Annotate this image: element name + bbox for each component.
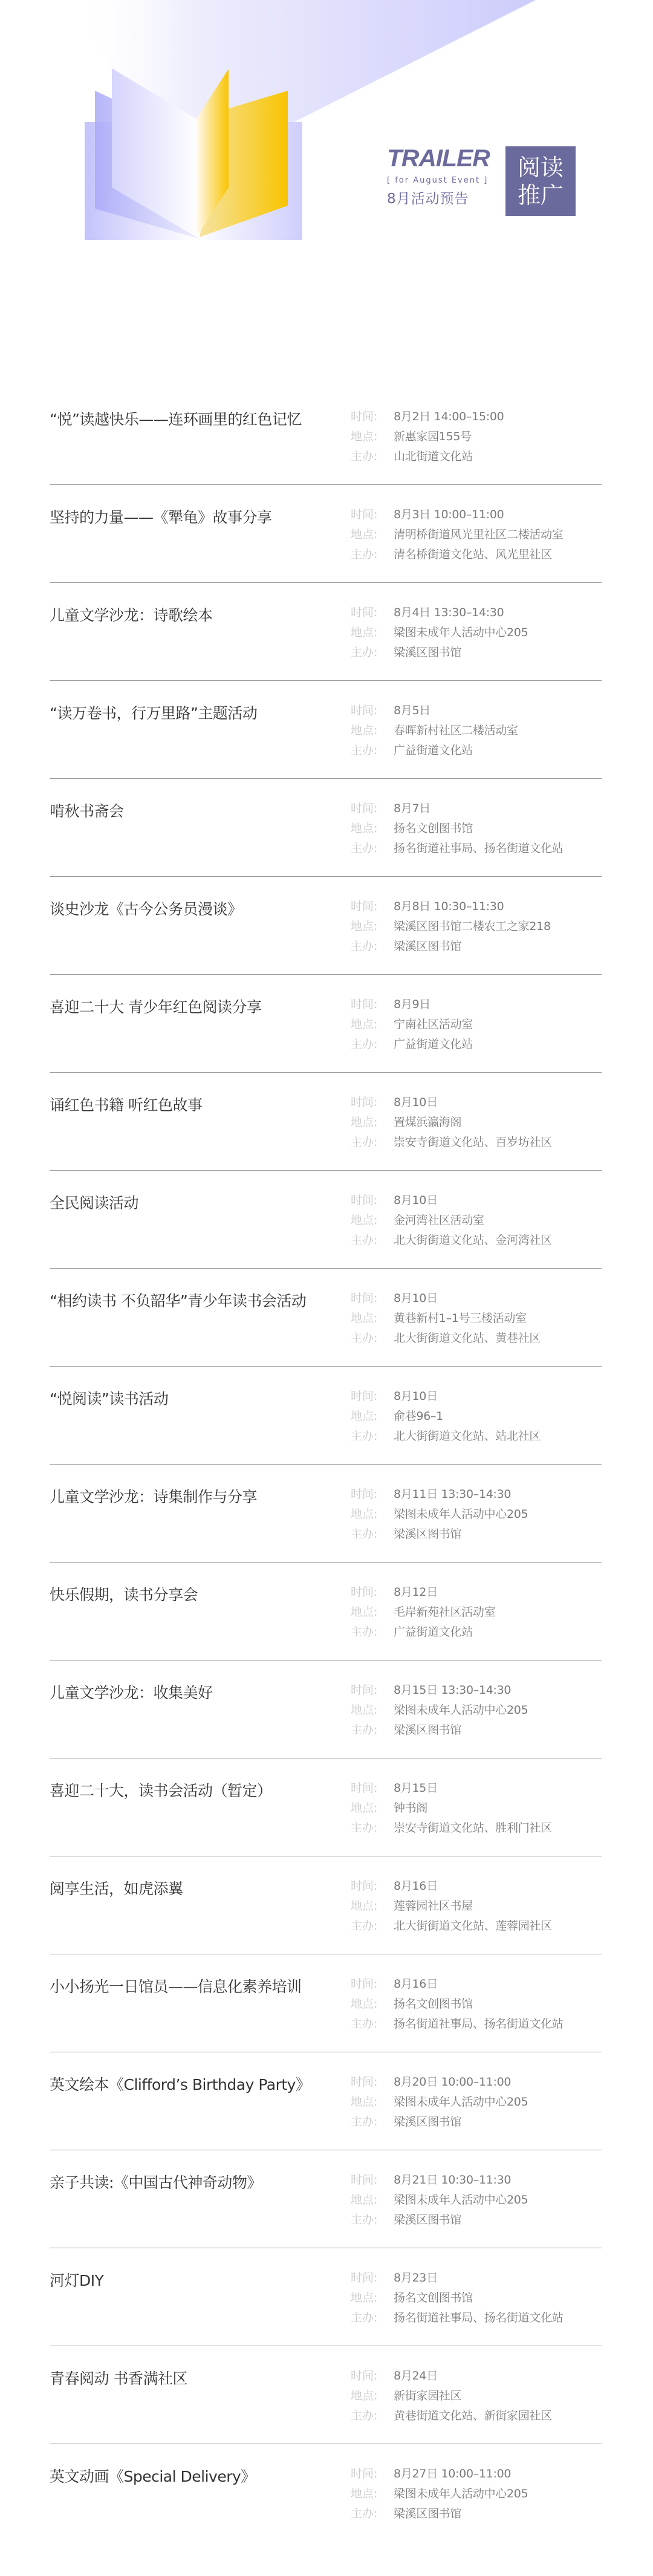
event-title: 诵红色书籍 听红色故事 bbox=[50, 1093, 202, 1115]
event-time: 8月10日 bbox=[394, 1292, 438, 1305]
host-label: 主办: bbox=[351, 1527, 394, 1541]
event-time: 8月2日 14:00–15:00 bbox=[394, 410, 504, 423]
event-time: 8月12日 bbox=[394, 1586, 438, 1599]
event-title: 啃秋书斋会 bbox=[50, 799, 124, 821]
event-item: 喜迎二十大 青少年红色阅读分享 时间:8月9日 地点:宁南社区活动室 主办:广益… bbox=[50, 975, 602, 1073]
place-label: 地点: bbox=[351, 821, 394, 836]
event-place-row: 地点:莲蓉园社区书屋 bbox=[351, 1899, 552, 1919]
event-item: 儿童文学沙龙：收集美好 时间:8月15日 13:30–14:30 地点:梁图未成… bbox=[50, 1660, 602, 1758]
time-label: 时间: bbox=[351, 2369, 394, 2383]
event-item: 谈史沙龙《古今公务员漫谈》 时间:8月8日 10:30–11:30 地点:梁溪区… bbox=[50, 877, 602, 975]
event-title: “相约读书 不负韶华”青少年读书会活动 bbox=[50, 1289, 306, 1311]
event-place-row: 地点:梁图未成年人活动中心205 bbox=[351, 1703, 528, 1723]
event-time-row: 时间:8月10日 bbox=[351, 1095, 552, 1115]
event-place: 春晖新村社区二楼活动室 bbox=[394, 724, 518, 737]
event-info: 时间:8月15日 地点:钟书阁 主办:崇安寺街道文化站、胜利门社区 bbox=[351, 1781, 552, 1841]
event-title: 河灯DIY bbox=[50, 2269, 103, 2291]
event-time-row: 时间:8月9日 bbox=[351, 997, 473, 1017]
event-place-row: 地点:梁图未成年人活动中心205 bbox=[351, 1507, 528, 1527]
event-item: 青春阅动 书香满社区 时间:8月24日 地点:新街家园社区 主办:黄巷街道文化站… bbox=[50, 2346, 602, 2444]
place-label: 地点: bbox=[351, 2193, 394, 2207]
event-time: 8月20日 10:00–11:00 bbox=[394, 2075, 511, 2089]
event-place-row: 地点:春晖新村社区二楼活动室 bbox=[351, 723, 518, 743]
event-host-row: 主办:北大街街道文化站、黄巷社区 bbox=[351, 1331, 541, 1351]
host-label: 主办: bbox=[351, 2311, 394, 2325]
event-title: 全民阅读活动 bbox=[50, 1191, 138, 1213]
time-label: 时间: bbox=[351, 2075, 394, 2089]
event-host-row: 主办:北大街街道文化站、站北社区 bbox=[351, 1429, 541, 1449]
event-place: 梁图未成年人活动中心205 bbox=[394, 2095, 528, 2109]
time-label: 时间: bbox=[351, 1291, 394, 1306]
event-item: 河灯DIY 时间:8月23日 地点:扬名文创图书馆 主办:扬名街道社事局、扬名街… bbox=[50, 2248, 602, 2346]
event-time: 8月8日 10:30–11:30 bbox=[394, 900, 504, 913]
event-info: 时间:8月7日 地点:扬名文创图书馆 主办:扬名街道社事局、扬名街道文化站 bbox=[351, 801, 564, 861]
place-label: 地点: bbox=[351, 1311, 394, 1325]
host-label: 主办: bbox=[351, 1919, 394, 1933]
event-time: 8月11日 13:30–14:30 bbox=[394, 1488, 511, 1501]
event-time: 8月16日 bbox=[394, 1879, 438, 1893]
event-time: 8月24日 bbox=[394, 2369, 438, 2382]
event-host: 崇安寺街道文化站、百岁坊社区 bbox=[394, 1136, 552, 1149]
event-time: 8月21日 10:30–11:30 bbox=[394, 2173, 511, 2187]
event-host: 黄巷街道文化站、新街家园社区 bbox=[394, 2409, 552, 2422]
time-label: 时间: bbox=[351, 1389, 394, 1403]
time-label: 时间: bbox=[351, 409, 394, 424]
event-list: “悦”读越快乐——连环画里的红色记忆 时间:8月2日 14:00–15:00 地… bbox=[50, 387, 602, 2542]
event-place-row: 地点:梁图未成年人活动中心205 bbox=[351, 2193, 528, 2213]
event-host-row: 主办:梁溪区图书馆 bbox=[351, 1723, 528, 1743]
event-info: 时间:8月27日 10:00–11:00 地点:梁图未成年人活动中心205 主办… bbox=[351, 2467, 528, 2526]
event-time-row: 时间:8月3日 10:00–11:00 bbox=[351, 507, 564, 527]
event-place: 清明桥街道风光里社区二楼活动室 bbox=[394, 528, 564, 541]
time-label: 时间: bbox=[351, 1879, 394, 1893]
host-label: 主办: bbox=[351, 1723, 394, 1737]
host-label: 主办: bbox=[351, 1233, 394, 1247]
event-time: 8月16日 bbox=[394, 1977, 438, 1991]
event-time: 8月15日 bbox=[394, 1781, 438, 1795]
host-label: 主办: bbox=[351, 2213, 394, 2227]
event-time-row: 时间:8月10日 bbox=[351, 1291, 541, 1311]
event-host: 北大街街道文化站、站北社区 bbox=[394, 1429, 541, 1443]
event-time-row: 时间:8月27日 10:00–11:00 bbox=[351, 2467, 528, 2487]
host-label: 主办: bbox=[351, 841, 394, 856]
event-info: 时间:8月24日 地点:新街家园社区 主办:黄巷街道文化站、新街家园社区 bbox=[351, 2369, 552, 2428]
host-label: 主办: bbox=[351, 1625, 394, 1639]
event-place: 梁图未成年人活动中心205 bbox=[394, 2487, 528, 2500]
event-info: 时间:8月9日 地点:宁南社区活动室 主办:广益街道文化站 bbox=[351, 997, 473, 1057]
event-info: 时间:8月12日 地点:毛岸新苑社区活动室 主办:广益街道文化站 bbox=[351, 1585, 495, 1645]
event-item: 英文绘本《Clifford’s Birthday Party》 时间:8月20日… bbox=[50, 2052, 602, 2150]
place-label: 地点: bbox=[351, 625, 394, 640]
event-host-row: 主办:北大街街道文化站、金河湾社区 bbox=[351, 1233, 552, 1253]
host-label: 主办: bbox=[351, 449, 394, 464]
event-host: 北大街街道文化站、莲蓉园社区 bbox=[394, 1919, 552, 1933]
event-host-row: 主办:梁溪区图书馆 bbox=[351, 2213, 528, 2233]
event-host: 清名桥街道文化站、风光里社区 bbox=[394, 548, 552, 561]
event-host: 扬名街道社事局、扬名街道文化站 bbox=[394, 842, 564, 855]
place-label: 地点: bbox=[351, 2095, 394, 2109]
event-place-row: 地点:梁图未成年人活动中心205 bbox=[351, 2487, 528, 2506]
trailer-heading: TRAILER bbox=[387, 148, 492, 169]
event-title: 坚持的力量——《犟龟》故事分享 bbox=[50, 506, 272, 527]
event-info: 时间:8月3日 10:00–11:00 地点:清明桥街道风光里社区二楼活动室 主… bbox=[351, 507, 564, 567]
event-time-row: 时间:8月7日 bbox=[351, 801, 564, 821]
event-item: 快乐假期，读书分享会 时间:8月12日 地点:毛岸新苑社区活动室 主办:广益街道… bbox=[50, 1563, 602, 1660]
event-place: 黄巷新村1–1号三楼活动室 bbox=[394, 1312, 527, 1325]
time-label: 时间: bbox=[351, 507, 394, 522]
event-place-row: 地点:新街家园社区 bbox=[351, 2389, 552, 2408]
time-label: 时间: bbox=[351, 703, 394, 718]
event-place-row: 地点:扬名文创图书馆 bbox=[351, 821, 564, 841]
host-label: 主办: bbox=[351, 1429, 394, 1443]
place-label: 地点: bbox=[351, 527, 394, 542]
event-place: 梁图未成年人活动中心205 bbox=[394, 2193, 528, 2207]
event-place: 金河湾社区活动室 bbox=[394, 1214, 484, 1227]
time-label: 时间: bbox=[351, 997, 394, 1012]
event-title: “悦阅读”读书活动 bbox=[50, 1387, 168, 1409]
place-label: 地点: bbox=[351, 919, 394, 934]
event-title: 儿童文学沙龙：诗集制作与分享 bbox=[50, 1485, 257, 1507]
event-place-row: 地点:梁图未成年人活动中心205 bbox=[351, 2095, 528, 2115]
place-label: 地点: bbox=[351, 1017, 394, 1032]
event-title: 儿童文学沙龙：诗歌绘本 bbox=[50, 603, 213, 625]
event-item: 儿童文学沙龙：诗集制作与分享 时间:8月11日 13:30–14:30 地点:梁… bbox=[50, 1465, 602, 1563]
event-place: 宁南社区活动室 bbox=[394, 1018, 473, 1031]
place-label: 地点: bbox=[351, 1801, 394, 1815]
event-item: “相约读书 不负韶华”青少年读书会活动 时间:8月10日 地点:黄巷新村1–1号… bbox=[50, 1269, 602, 1367]
event-place-row: 地点:梁图未成年人活动中心205 bbox=[351, 625, 528, 645]
event-host-row: 主办:扬名街道社事局、扬名街道文化站 bbox=[351, 2311, 564, 2330]
event-place-row: 地点:清明桥街道风光里社区二楼活动室 bbox=[351, 527, 564, 547]
event-place: 毛岸新苑社区活动室 bbox=[394, 1605, 495, 1619]
event-host: 扬名街道社事局、扬名街道文化站 bbox=[394, 2311, 564, 2324]
event-place: 俞巷96–1 bbox=[394, 1410, 443, 1423]
event-host-row: 主办:扬名街道社事局、扬名街道文化站 bbox=[351, 841, 564, 861]
event-host: 梁溪区图书馆 bbox=[394, 2507, 461, 2520]
event-host-row: 主办:广益街道文化站 bbox=[351, 743, 518, 763]
event-time-row: 时间:8月21日 10:30–11:30 bbox=[351, 2173, 528, 2193]
time-label: 时间: bbox=[351, 1683, 394, 1697]
event-host-row: 主办:广益街道文化站 bbox=[351, 1625, 495, 1645]
host-label: 主办: bbox=[351, 2017, 394, 2031]
event-title: 快乐假期，读书分享会 bbox=[50, 1583, 198, 1605]
event-place-row: 地点:钟书阁 bbox=[351, 1801, 552, 1821]
event-place: 钟书阁 bbox=[394, 1801, 427, 1815]
event-item: 坚持的力量——《犟龟》故事分享 时间:8月3日 10:00–11:00 地点:清… bbox=[50, 485, 602, 583]
event-time-row: 时间:8月10日 bbox=[351, 1389, 541, 1409]
place-label: 地点: bbox=[351, 1605, 394, 1619]
hero-banner: TRAILER [ for August Event ] 8月活动预告 阅读 推… bbox=[0, 0, 653, 254]
event-item: 小小扬光一日馆员——信息化素养培训 时间:8月16日 地点:扬名文创图书馆 主办… bbox=[50, 1954, 602, 2052]
event-title: “读万卷书，行万里路”主题活动 bbox=[50, 701, 257, 723]
time-label: 时间: bbox=[351, 1193, 394, 1208]
event-time: 8月10日 bbox=[394, 1194, 438, 1207]
event-place-row: 地点:扬名文创图书馆 bbox=[351, 1997, 564, 2017]
event-place: 梁溪区图书馆二楼农工之家218 bbox=[394, 920, 551, 933]
event-place-row: 地点:置煤浜瀛海阁 bbox=[351, 1115, 552, 1135]
event-info: 时间:8月11日 13:30–14:30 地点:梁图未成年人活动中心205 主办… bbox=[351, 1487, 528, 1547]
event-time-row: 时间:8月23日 bbox=[351, 2271, 564, 2291]
event-place: 梁图未成年人活动中心205 bbox=[394, 1508, 528, 1521]
event-item: 全民阅读活动 时间:8月10日 地点:金河湾社区活动室 主办:北大街街道文化站、… bbox=[50, 1171, 602, 1269]
event-info: 时间:8月10日 地点:黄巷新村1–1号三楼活动室 主办:北大街街道文化站、黄巷… bbox=[351, 1291, 541, 1351]
host-label: 主办: bbox=[351, 1821, 394, 1835]
event-time: 8月23日 bbox=[394, 2271, 438, 2285]
time-label: 时间: bbox=[351, 1781, 394, 1795]
event-host: 梁溪区图书馆 bbox=[394, 1527, 461, 1541]
open-book-illustration-icon bbox=[0, 0, 653, 254]
event-host-row: 主办:梁溪区图书馆 bbox=[351, 2506, 528, 2526]
event-host-row: 主办:扬名街道社事局、扬名街道文化站 bbox=[351, 2017, 564, 2037]
event-title: 英文动画《Special Delivery》 bbox=[50, 2465, 256, 2487]
host-label: 主办: bbox=[351, 2115, 394, 2129]
event-title: 喜迎二十大，读书会活动（暂定） bbox=[50, 1779, 272, 1801]
event-place-row: 地点:梁溪区图书馆二楼农工之家218 bbox=[351, 919, 551, 939]
event-host: 梁溪区图书馆 bbox=[394, 646, 461, 659]
place-label: 地点: bbox=[351, 2291, 394, 2305]
time-label: 时间: bbox=[351, 1095, 394, 1110]
place-label: 地点: bbox=[351, 723, 394, 738]
event-item: 啃秋书斋会 时间:8月7日 地点:扬名文创图书馆 主办:扬名街道社事局、扬名街道… bbox=[50, 779, 602, 877]
time-label: 时间: bbox=[351, 899, 394, 914]
event-place: 新街家园社区 bbox=[394, 2389, 461, 2402]
event-time: 8月15日 13:30–14:30 bbox=[394, 1683, 511, 1697]
event-info: 时间:8月10日 地点:金河湾社区活动室 主办:北大街街道文化站、金河湾社区 bbox=[351, 1193, 552, 1253]
event-title: 儿童文学沙龙：收集美好 bbox=[50, 1681, 213, 1703]
event-time: 8月10日 bbox=[394, 1390, 438, 1403]
chinese-subtitle: 8月活动预告 bbox=[387, 187, 490, 207]
event-info: 时间:8月23日 地点:扬名文创图书馆 主办:扬名街道社事局、扬名街道文化站 bbox=[351, 2271, 564, 2330]
event-place: 莲蓉园社区书屋 bbox=[394, 1899, 473, 1913]
event-host: 崇安寺街道文化站、胜利门社区 bbox=[394, 1821, 552, 1835]
event-title: 小小扬光一日馆员——信息化素养培训 bbox=[50, 1975, 302, 1997]
event-time: 8月3日 10:00–11:00 bbox=[394, 508, 504, 521]
event-item: 儿童文学沙龙：诗歌绘本 时间:8月4日 13:30–14:30 地点:梁图未成年… bbox=[50, 583, 602, 681]
event-host-row: 主办:崇安寺街道文化站、胜利门社区 bbox=[351, 1821, 552, 1841]
event-item: 阅享生活，如虎添翼 时间:8月16日 地点:莲蓉园社区书屋 主办:北大街街道文化… bbox=[50, 1856, 602, 1954]
event-place-row: 地点:黄巷新村1–1号三楼活动室 bbox=[351, 1311, 541, 1331]
event-host-row: 主办:梁溪区图书馆 bbox=[351, 1527, 528, 1547]
event-host: 梁溪区图书馆 bbox=[394, 1723, 461, 1737]
event-host-row: 主办:梁溪区图书馆 bbox=[351, 939, 551, 959]
event-host: 山北街道文化站 bbox=[394, 450, 473, 463]
event-info: 时间:8月10日 地点:置煤浜瀛海阁 主办:崇安寺街道文化站、百岁坊社区 bbox=[351, 1095, 552, 1155]
event-title: “悦”读越快乐——连环画里的红色记忆 bbox=[50, 408, 302, 429]
event-host: 梁溪区图书馆 bbox=[394, 2115, 461, 2129]
event-host-row: 主办:清名桥街道文化站、风光里社区 bbox=[351, 547, 564, 567]
time-label: 时间: bbox=[351, 2173, 394, 2187]
event-place: 梁图未成年人活动中心205 bbox=[394, 626, 528, 639]
event-time-row: 时间:8月24日 bbox=[351, 2369, 552, 2389]
event-host: 北大街街道文化站、金河湾社区 bbox=[394, 1234, 552, 1247]
place-label: 地点: bbox=[351, 1507, 394, 1521]
event-time-row: 时间:8月15日 13:30–14:30 bbox=[351, 1683, 528, 1703]
event-time-row: 时间:8月20日 10:00–11:00 bbox=[351, 2075, 528, 2095]
event-host-row: 主办:黄巷街道文化站、新街家园社区 bbox=[351, 2408, 552, 2428]
event-host-row: 主办:广益街道文化站 bbox=[351, 1037, 473, 1057]
place-label: 地点: bbox=[351, 1409, 394, 1423]
event-item: 英文动画《Special Delivery》 时间:8月27日 10:00–11… bbox=[50, 2444, 602, 2542]
place-label: 地点: bbox=[351, 429, 394, 444]
event-item: 诵红色书籍 听红色故事 时间:8月10日 地点:置煤浜瀛海阁 主办:崇安寺街道文… bbox=[50, 1073, 602, 1171]
event-time-row: 时间:8月16日 bbox=[351, 1977, 564, 1997]
time-label: 时间: bbox=[351, 1487, 394, 1501]
place-label: 地点: bbox=[351, 1703, 394, 1717]
event-info: 时间:8月8日 10:30–11:30 地点:梁溪区图书馆二楼农工之家218 主… bbox=[351, 899, 551, 959]
event-info: 时间:8月5日 地点:春晖新村社区二楼活动室 主办:广益街道文化站 bbox=[351, 703, 518, 763]
event-host: 广益街道文化站 bbox=[394, 1038, 473, 1051]
event-host: 梁溪区图书馆 bbox=[394, 2213, 461, 2226]
event-item: “悦阅读”读书活动 时间:8月10日 地点:俞巷96–1 主办:北大街街道文化站… bbox=[50, 1367, 602, 1465]
host-label: 主办: bbox=[351, 2408, 394, 2423]
event-place-row: 地点:毛岸新苑社区活动室 bbox=[351, 1605, 495, 1625]
place-label: 地点: bbox=[351, 1213, 394, 1228]
time-label: 时间: bbox=[351, 1585, 394, 1599]
event-place: 梁图未成年人活动中心205 bbox=[394, 1703, 528, 1717]
event-title: 青春阅动 书香满社区 bbox=[50, 2367, 187, 2389]
place-label: 地点: bbox=[351, 2389, 394, 2403]
event-time: 8月27日 10:00–11:00 bbox=[394, 2467, 511, 2480]
event-place: 扬名文创图书馆 bbox=[394, 2291, 473, 2304]
event-time: 8月7日 bbox=[394, 802, 430, 815]
place-label: 地点: bbox=[351, 2487, 394, 2501]
event-info: 时间:8月16日 地点:扬名文创图书馆 主办:扬名街道社事局、扬名街道文化站 bbox=[351, 1977, 564, 2037]
event-place-row: 地点:俞巷96–1 bbox=[351, 1409, 541, 1429]
brand-block: TRAILER [ for August Event ] 8月活动预告 bbox=[387, 148, 490, 207]
event-title: 阅享生活，如虎添翼 bbox=[50, 1877, 183, 1899]
event-time: 8月4日 13:30–14:30 bbox=[394, 606, 504, 619]
event-time-row: 时间:8月4日 13:30–14:30 bbox=[351, 605, 528, 625]
event-time-row: 时间:8月15日 bbox=[351, 1781, 552, 1801]
event-host: 广益街道文化站 bbox=[394, 1625, 473, 1639]
event-title: 喜迎二十大 青少年红色阅读分享 bbox=[50, 995, 261, 1017]
event-item: 亲子共读:《中国古代神奇动物》 时间:8月21日 10:30–11:30 地点:… bbox=[50, 2150, 602, 2248]
event-host: 梁溪区图书馆 bbox=[394, 940, 461, 953]
event-place: 置煤浜瀛海阁 bbox=[394, 1116, 461, 1129]
event-time: 8月5日 bbox=[394, 704, 430, 717]
event-host-row: 主办:梁溪区图书馆 bbox=[351, 645, 528, 665]
time-label: 时间: bbox=[351, 1977, 394, 1991]
event-title: 英文绘本《Clifford’s Birthday Party》 bbox=[50, 2073, 310, 2095]
time-label: 时间: bbox=[351, 605, 394, 620]
place-label: 地点: bbox=[351, 1997, 394, 2011]
event-place: 扬名文创图书馆 bbox=[394, 822, 473, 835]
host-label: 主办: bbox=[351, 743, 394, 758]
event-time-row: 时间:8月11日 13:30–14:30 bbox=[351, 1487, 528, 1507]
event-item: 喜迎二十大，读书会活动（暂定） 时间:8月15日 地点:钟书阁 主办:崇安寺街道… bbox=[50, 1758, 602, 1856]
host-label: 主办: bbox=[351, 1135, 394, 1150]
event-time-row: 时间:8月2日 14:00–15:00 bbox=[351, 409, 504, 429]
event-info: 时间:8月16日 地点:莲蓉园社区书屋 主办:北大街街道文化站、莲蓉园社区 bbox=[351, 1879, 552, 1939]
event-host: 北大街街道文化站、黄巷社区 bbox=[394, 1332, 541, 1345]
event-item: “读万卷书，行万里路”主题活动 时间:8月5日 地点:春晖新村社区二楼活动室 主… bbox=[50, 681, 602, 779]
badge-line-2: 推广 bbox=[518, 181, 576, 209]
event-host-row: 主办:山北街道文化站 bbox=[351, 449, 504, 469]
host-label: 主办: bbox=[351, 547, 394, 562]
time-label: 时间: bbox=[351, 2467, 394, 2481]
event-host-row: 主办:崇安寺街道文化站、百岁坊社区 bbox=[351, 1135, 552, 1155]
badge-line-1: 阅读 bbox=[518, 154, 576, 181]
event-title: 亲子共读:《中国古代神奇动物》 bbox=[50, 2171, 262, 2193]
event-time: 8月9日 bbox=[394, 998, 430, 1011]
event-info: 时间:8月4日 13:30–14:30 地点:梁图未成年人活动中心205 主办:… bbox=[351, 605, 528, 665]
event-place: 扬名文创图书馆 bbox=[394, 1997, 473, 2011]
event-place-row: 地点:扬名文创图书馆 bbox=[351, 2291, 564, 2311]
event-title: 谈史沙龙《古今公务员漫谈》 bbox=[50, 897, 242, 919]
host-label: 主办: bbox=[351, 645, 394, 660]
event-place-row: 地点:新惠家园155号 bbox=[351, 429, 504, 449]
event-info: 时间:8月15日 13:30–14:30 地点:梁图未成年人活动中心205 主办… bbox=[351, 1683, 528, 1743]
event-host: 广益街道文化站 bbox=[394, 744, 473, 757]
event-time-row: 时间:8月8日 10:30–11:30 bbox=[351, 899, 551, 919]
host-label: 主办: bbox=[351, 1037, 394, 1052]
time-label: 时间: bbox=[351, 801, 394, 816]
place-label: 地点: bbox=[351, 1115, 394, 1130]
time-label: 时间: bbox=[351, 2271, 394, 2285]
event-time-row: 时间:8月5日 bbox=[351, 703, 518, 723]
event-host: 扬名街道社事局、扬名街道文化站 bbox=[394, 2017, 564, 2031]
event-host-row: 主办:北大街街道文化站、莲蓉园社区 bbox=[351, 1919, 552, 1939]
place-label: 地点: bbox=[351, 1899, 394, 1913]
event-time-row: 时间:8月10日 bbox=[351, 1193, 552, 1213]
reading-promotion-badge: 阅读 推广 bbox=[505, 146, 576, 216]
host-label: 主办: bbox=[351, 939, 394, 954]
event-info: 时间:8月2日 14:00–15:00 地点:新惠家园155号 主办:山北街道文… bbox=[351, 409, 504, 469]
event-place-row: 地点:宁南社区活动室 bbox=[351, 1017, 473, 1037]
event-item: “悦”读越快乐——连环画里的红色记忆 时间:8月2日 14:00–15:00 地… bbox=[50, 387, 602, 485]
event-info: 时间:8月21日 10:30–11:30 地点:梁图未成年人活动中心205 主办… bbox=[351, 2173, 528, 2233]
event-place: 新惠家园155号 bbox=[394, 430, 472, 443]
event-place-row: 地点:金河湾社区活动室 bbox=[351, 1213, 552, 1233]
event-info: 时间:8月20日 10:00–11:00 地点:梁图未成年人活动中心205 主办… bbox=[351, 2075, 528, 2135]
host-label: 主办: bbox=[351, 1331, 394, 1345]
event-time: 8月10日 bbox=[394, 1096, 438, 1109]
event-time-row: 时间:8月12日 bbox=[351, 1585, 495, 1605]
event-host-row: 主办:梁溪区图书馆 bbox=[351, 2115, 528, 2135]
event-info: 时间:8月10日 地点:俞巷96–1 主办:北大街街道文化站、站北社区 bbox=[351, 1389, 541, 1449]
english-subtitle: [ for August Event ] bbox=[387, 176, 490, 185]
host-label: 主办: bbox=[351, 2506, 394, 2521]
event-time-row: 时间:8月16日 bbox=[351, 1879, 552, 1899]
